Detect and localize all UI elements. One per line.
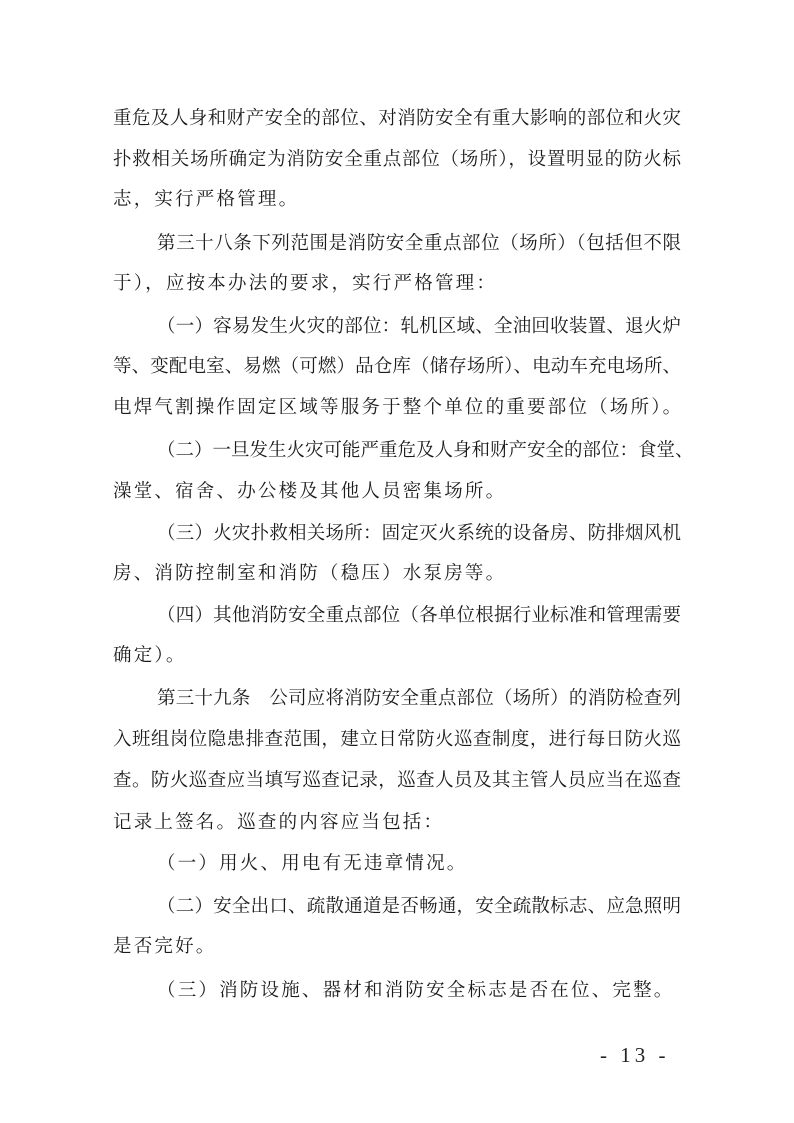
text-line: 扑救相关场所确定为消防安全重点部位（场所），设置明显的防火标 [113,148,681,172]
text-line: 志，实行严格管理。 [113,188,681,212]
text-line: 是否完好。 [113,935,681,959]
text-line: 电焊气割操作固定区域等服务于整个单位的重要部位（场所）。 [113,396,681,420]
text-line: 重危及人身和财产安全的部位、对消防安全有重大影响的部位和火灾 [113,107,681,131]
text-line: （四）其他消防安全重点部位（各单位根据行业标准和管理需要 [157,604,681,628]
text-line: 第三十八条下列范围是消防安全重点部位（场所）（包括但不限 [157,232,681,256]
text-line: （二）安全出口、疏散通道是否畅通，安全疏散标志、应急照明 [157,895,681,919]
text-line: 确定）。 [113,644,681,668]
text-line: 入班组岗位隐患排查范围，建立日常防火巡查制度，进行每日防火巡 [113,728,681,752]
text-line: （二）一旦发生火灾可能严重危及人身和财产安全的部位：食堂、 [157,439,681,463]
page-number: - 13 - [600,1043,670,1068]
document-page: 重危及人身和财产安全的部位、对消防安全有重大影响的部位和火灾扑救相关场所确定为消… [0,0,794,1123]
text-line: 查。防火巡查应当填写巡查记录，巡查人员及其主管人员应当在巡查 [113,769,681,793]
text-line: 等、变配电室、易燃（可燃）品仓库（储存场所）、电动车充电场所、 [113,355,681,379]
text-line: 于），应按本办法的要求，实行严格管理： [113,272,681,296]
text-line: 房、消防控制室和消防（稳压）水泵房等。 [113,562,681,586]
text-line: （三）火灾扑救相关场所：固定灭火系统的设备房、防排烟风机 [157,522,681,546]
text-line: （三）消防设施、器材和消防安全标志是否在位、完整。 [157,979,681,1003]
text-line: 澡堂、宿舍、办公楼及其他人员密集场所。 [113,480,681,504]
text-line: （一）容易发生火灾的部位：轧机区域、全油回收装置、退火炉 [157,315,681,339]
text-line: 记录上签名。巡查的内容应当包括： [113,811,681,835]
text-line: 第三十九条 公司应将消防安全重点部位（场所）的消防检查列 [157,687,681,711]
text-line: （一）用火、用电有无违章情况。 [157,852,681,876]
